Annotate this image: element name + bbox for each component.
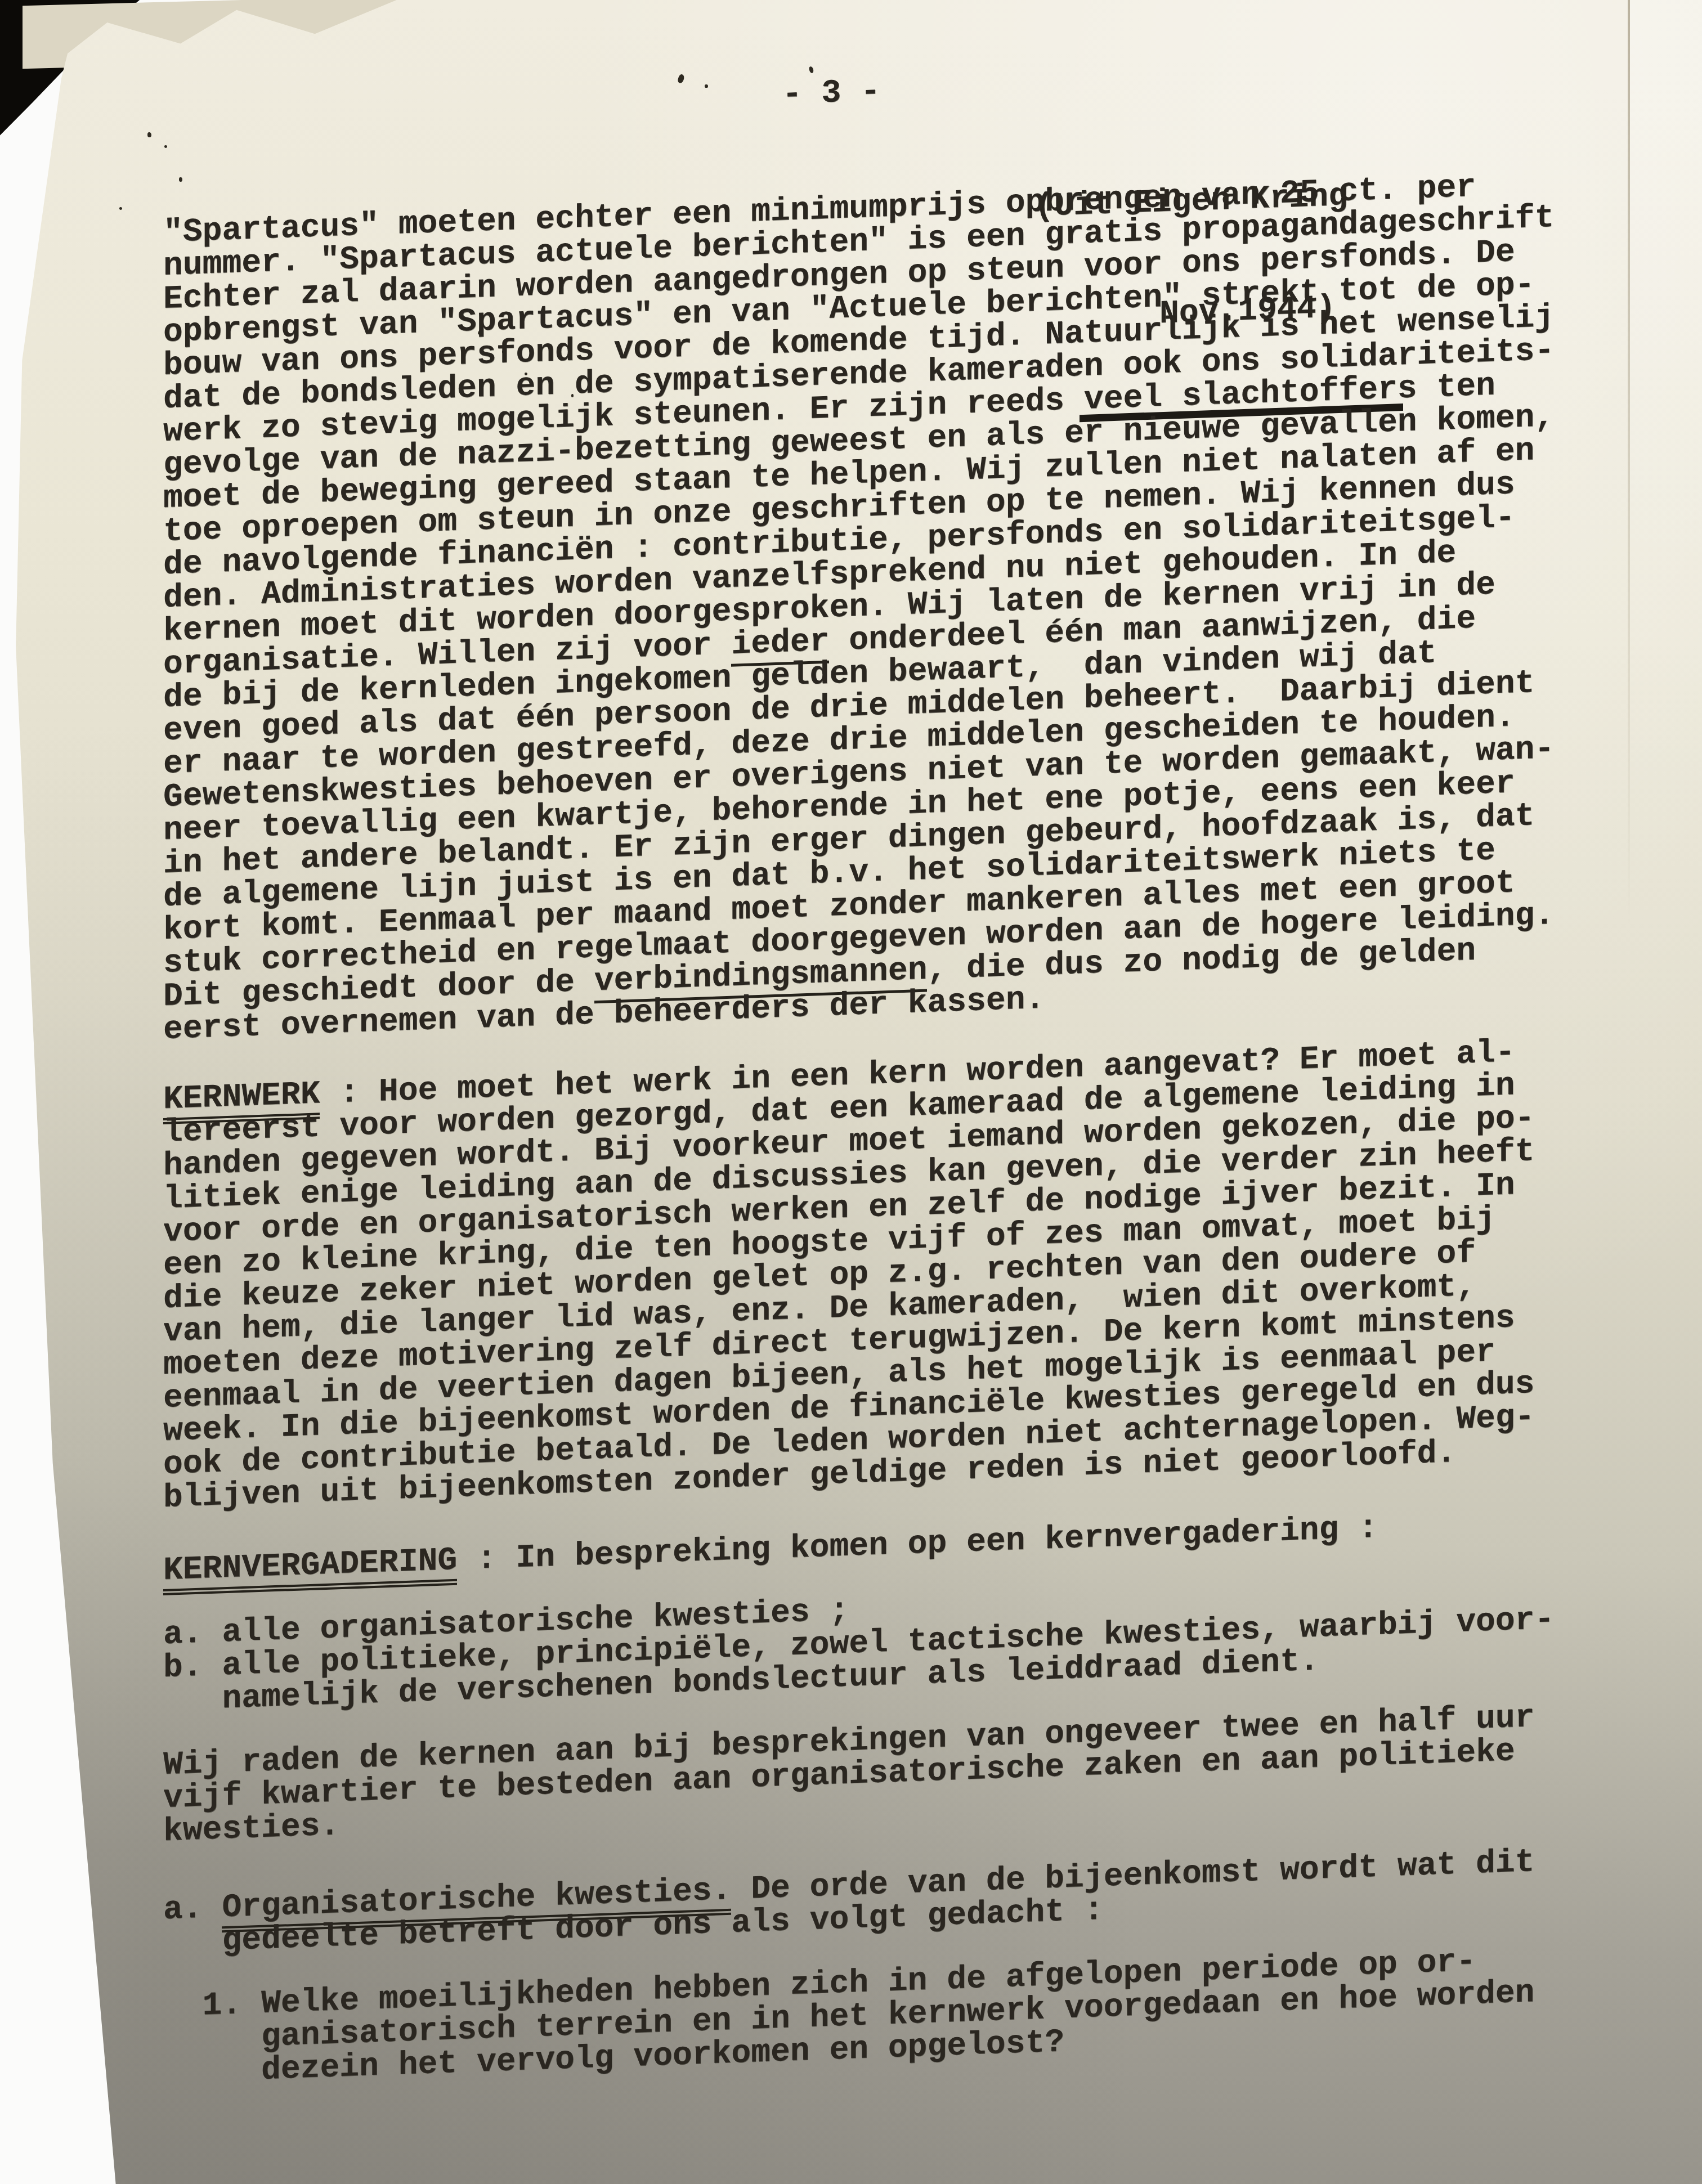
document-body: "Spartacus" moeten echter een minimumpri… bbox=[163, 165, 1638, 2091]
ink-speck bbox=[705, 84, 708, 88]
ink-speck bbox=[147, 132, 151, 137]
text-segment: : In bespreking komen op een kernvergade… bbox=[457, 1510, 1378, 1579]
ink-speck bbox=[164, 145, 167, 148]
paper-fold-highlight bbox=[1630, 0, 1702, 844]
ink-speck bbox=[119, 207, 122, 210]
paragraph-financien: "Spartacus" moeten echter een minimumpri… bbox=[163, 165, 1638, 1047]
section-heading-kernvergadering: KERNVERGADERING bbox=[163, 1542, 457, 1595]
page-number: - 3 - bbox=[782, 75, 880, 112]
ink-speck bbox=[179, 177, 182, 182]
paragraph-kernwerk: KERNWERK : Hoe moet het werk in een kern… bbox=[163, 1032, 1638, 1515]
list-ab: a. alle organisatorische kwesties ; b. a… bbox=[163, 1567, 1638, 1718]
item-organisatorische-kwesties: a. Organisatorische kwesties. De orde va… bbox=[163, 1842, 1638, 1960]
photo-backdrop: - 3 - (Uit Eigen Kring Nov.1944) "Sparta… bbox=[0, 0, 1702, 2184]
paragraph-advies: Wij raden de kernen aan bij besprekingen… bbox=[163, 1698, 1638, 1849]
text-segment: a. bbox=[163, 1890, 222, 1929]
